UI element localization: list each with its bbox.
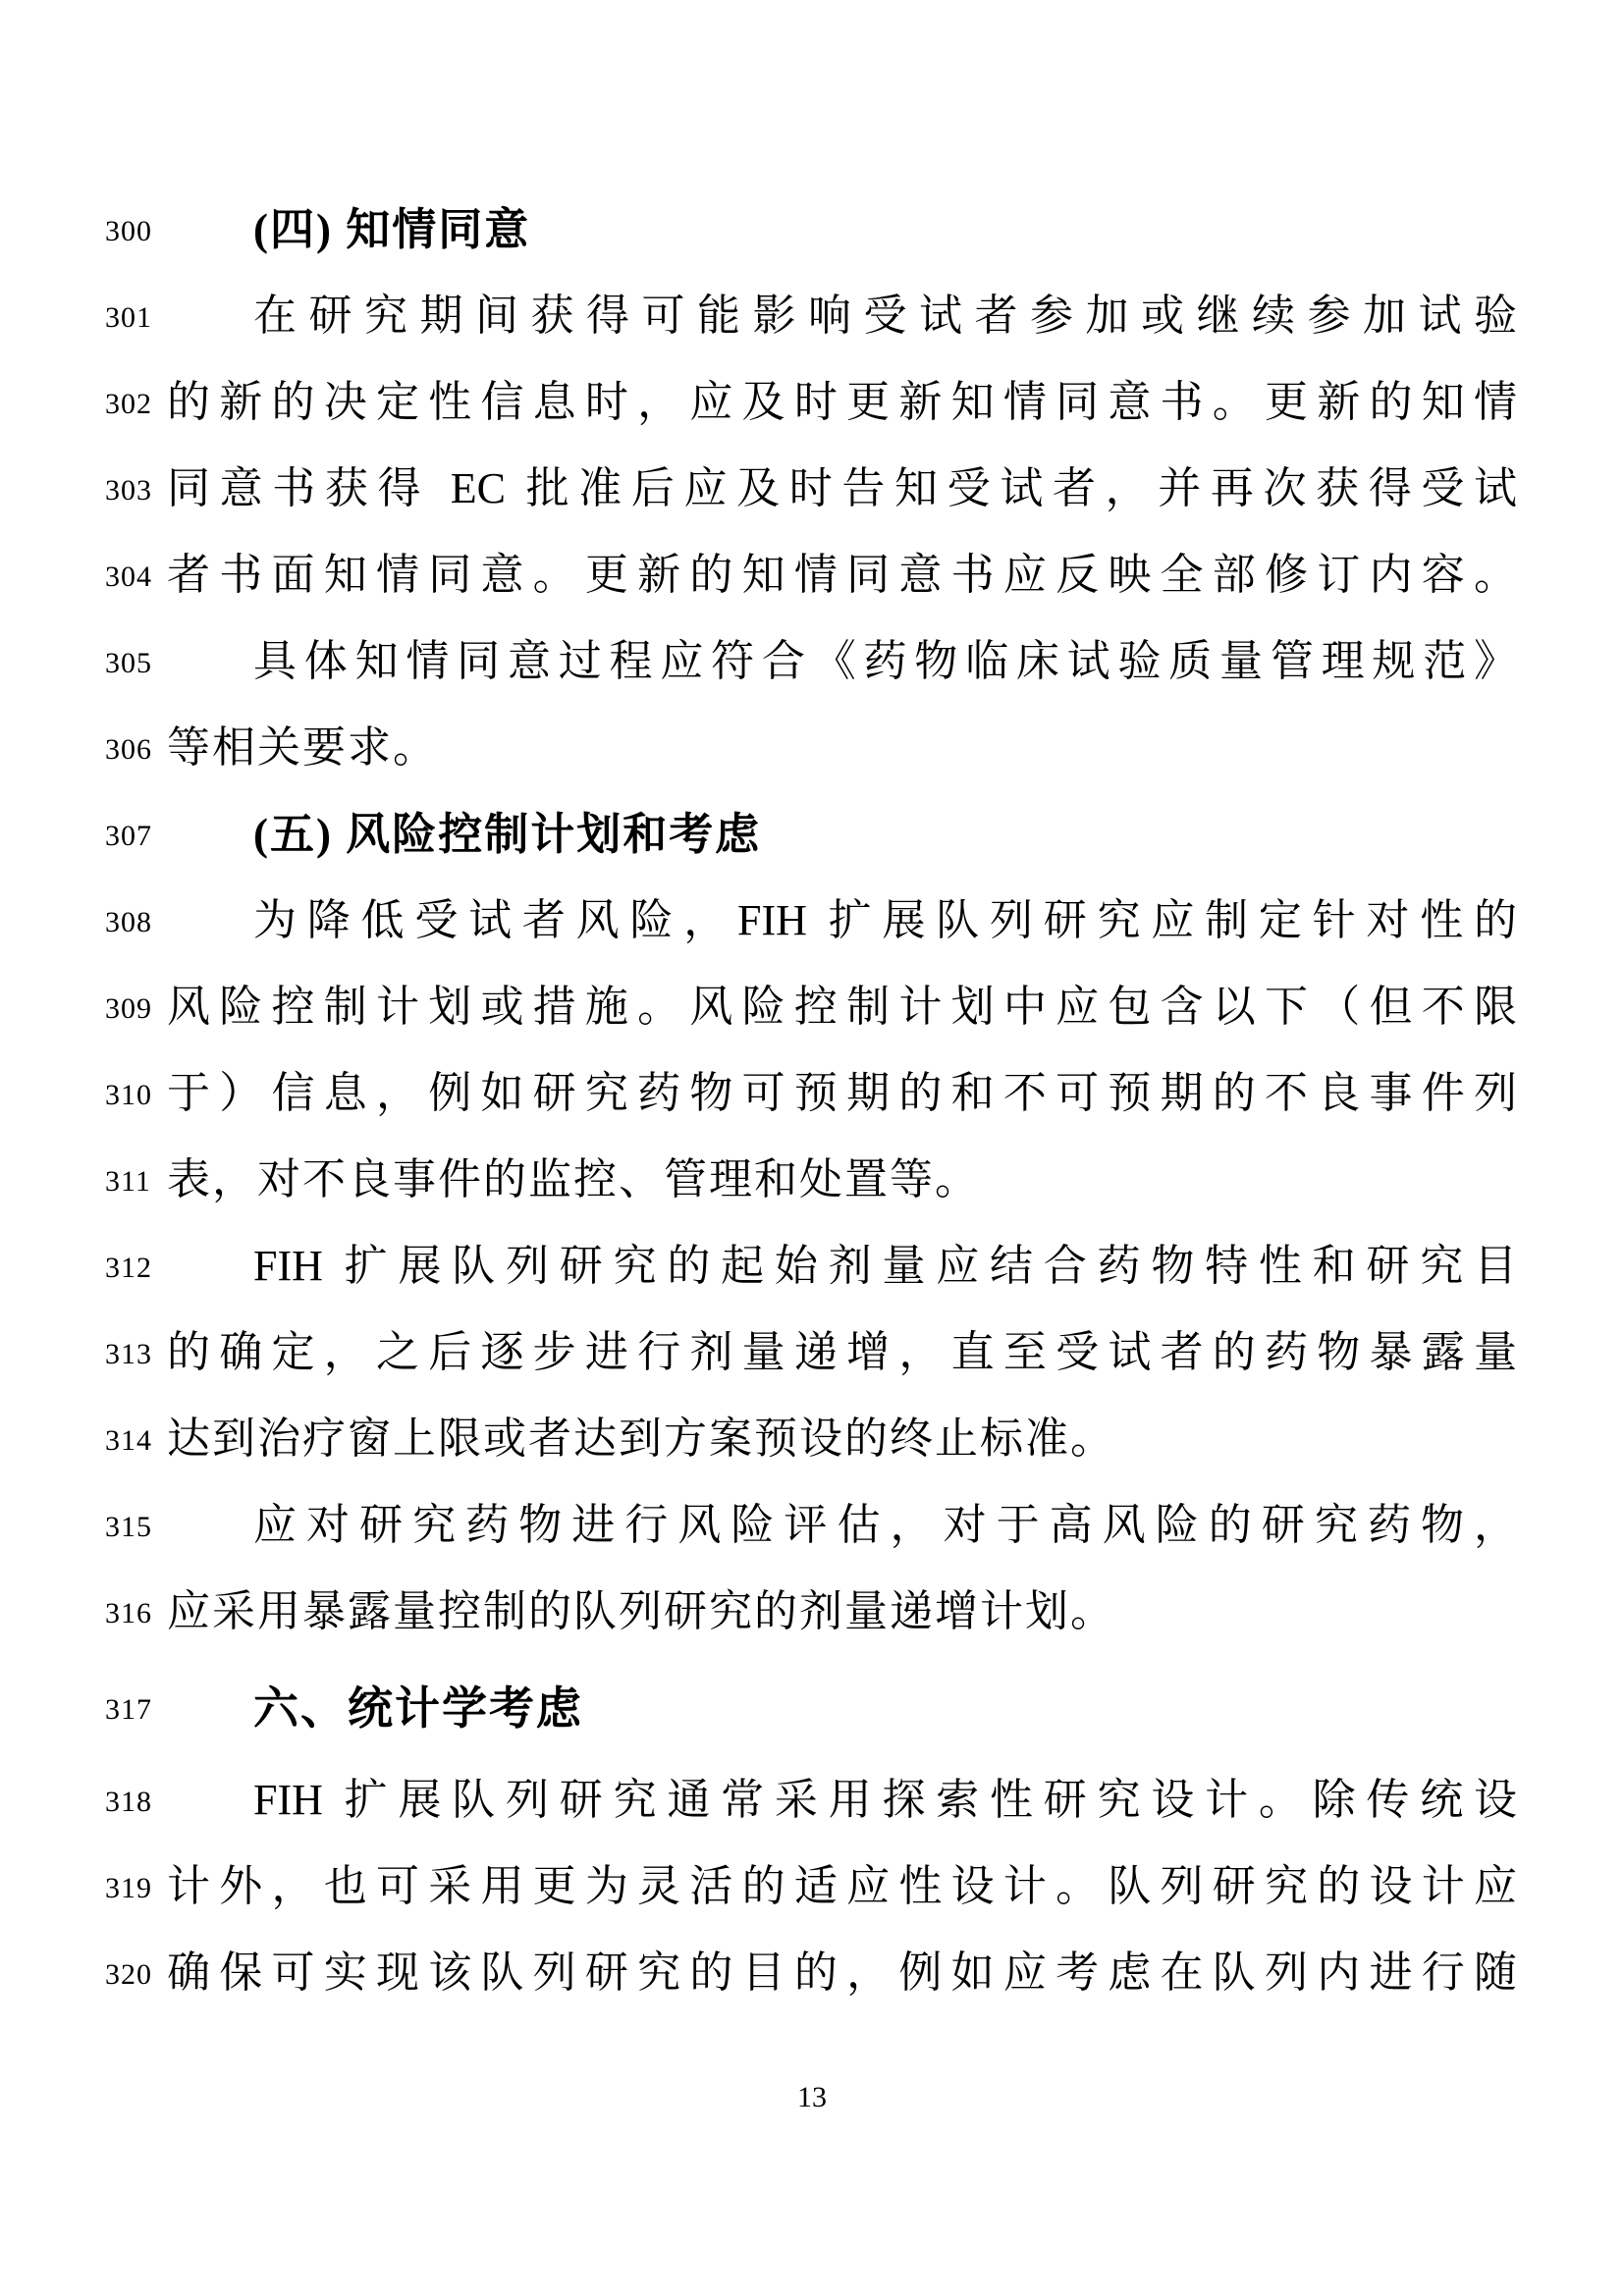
line: 310 于）信息，例如研究药物可预期的和不可预期的不良事件列 [105,1050,1517,1137]
line: 314 达到治疗窗上限或者达到方案预设的终止标准。 [105,1396,1517,1482]
line-number: 313 [105,1309,167,1396]
line: 313 的确定，之后逐步进行剂量递增，直至受试者的药物暴露量 [105,1309,1517,1396]
line-text: 计外，也可采用更为灵活的适应性设计。队列研究的设计应 [167,1843,1517,1930]
line: 305 具体知情同意过程应符合《药物临床试验质量管理规范》 [105,618,1517,705]
line: 302 的新的决定性信息时，应及时更新知情同意书。更新的知情 [105,359,1517,446]
line-text: 的新的决定性信息时，应及时更新知情同意书。更新的知情 [167,359,1517,446]
line-text: 达到治疗窗上限或者达到方案预设的终止标准。 [167,1396,1517,1482]
line: 316 应采用暴露量控制的队列研究的剂量递增计划。 [105,1569,1517,1655]
line-number: 320 [105,1930,167,2016]
line-text: 的确定，之后逐步进行剂量递增，直至受试者的药物暴露量 [167,1309,1517,1396]
line: 318 FIH 扩展队列研究通常采用探索性研究设计。除传统设 [105,1757,1517,1843]
line-text: 具体知情同意过程应符合《药物临床试验质量管理规范》 [167,618,1517,705]
line: 309 风险控制计划或措施。风险控制计划中应包含以下（但不限 [105,964,1517,1050]
line-text: 者书面知情同意。更新的知情同意书应反映全部修订内容。 [167,532,1517,618]
line: 319 计外，也可采用更为灵活的适应性设计。队列研究的设计应 [105,1843,1517,1930]
line-number: 311 [105,1137,167,1223]
line-text: 应采用暴露量控制的队列研究的剂量递增计划。 [167,1569,1517,1655]
page-number: 13 [797,2081,827,2113]
line-number: 309 [105,964,167,1050]
line-number: 305 [105,618,167,705]
line-text: FIH 扩展队列研究的起始剂量应结合药物特性和研究目 [167,1223,1517,1309]
line: 311 表，对不良事件的监控、管理和处置等。 [105,1137,1517,1223]
line-text: 表，对不良事件的监控、管理和处置等。 [167,1137,1517,1223]
line-number: 301 [105,273,167,359]
line-number: 304 [105,532,167,618]
line-number: 312 [105,1223,167,1309]
document-page: 300 (四) 知情同意 301 在研究期间获得可能影响受试者参加或继续参加试验… [0,0,1624,2296]
line: 308 为降低受试者风险，FIH 扩展队列研究应制定针对性的 [105,878,1517,964]
line-number: 310 [105,1050,167,1137]
line-number: 315 [105,1482,167,1569]
line-text: 风险控制计划或措施。风险控制计划中应包含以下（但不限 [167,964,1517,1050]
line: 320 确保可实现该队列研究的目的，例如应考虑在队列内进行随 [105,1930,1517,2016]
line-text: 同意书获得 EC 批准后应及时告知受试者，并再次获得受试 [167,446,1517,532]
line-text: 为降低受试者风险，FIH 扩展队列研究应制定针对性的 [167,878,1517,964]
section-heading: (五) 风险控制计划和考虑 [167,791,1517,878]
line-text: 等相关要求。 [167,705,1517,791]
line-number: 300 [105,187,167,273]
line: 306 等相关要求。 [105,705,1517,791]
section-heading: (四) 知情同意 [167,187,1517,273]
line-number: 303 [105,446,167,532]
line-number: 302 [105,359,167,446]
line: 300 (四) 知情同意 [105,187,1517,273]
line: 301 在研究期间获得可能影响受试者参加或继续参加试验 [105,273,1517,359]
line: 303 同意书获得 EC 批准后应及时告知受试者，并再次获得受试 [105,446,1517,532]
line-number: 317 [105,1665,167,1751]
line-number: 319 [105,1843,167,1930]
line-number: 316 [105,1569,167,1655]
line-text: 在研究期间获得可能影响受试者参加或继续参加试验 [167,273,1517,359]
line-number: 314 [105,1396,167,1482]
line-number: 318 [105,1757,167,1843]
line: 307 (五) 风险控制计划和考虑 [105,791,1517,878]
line: 315 应对研究药物进行风险评估，对于高风险的研究药物， [105,1482,1517,1569]
line-text: 于）信息，例如研究药物可预期的和不可预期的不良事件列 [167,1050,1517,1137]
line: 312 FIH 扩展队列研究的起始剂量应结合药物特性和研究目 [105,1223,1517,1309]
line-number: 306 [105,705,167,791]
line-text: 确保可实现该队列研究的目的，例如应考虑在队列内进行随 [167,1930,1517,2016]
section-heading: 六、统计学考虑 [167,1665,1517,1751]
line: 304 者书面知情同意。更新的知情同意书应反映全部修订内容。 [105,532,1517,618]
line-number: 307 [105,791,167,878]
line-number: 308 [105,878,167,964]
page-footer: 13 [0,2081,1624,2114]
line: 317 六、统计学考虑 [105,1665,1517,1751]
line-text: 应对研究药物进行风险评估，对于高风险的研究药物， [167,1482,1517,1569]
line-text: FIH 扩展队列研究通常采用探索性研究设计。除传统设 [167,1757,1517,1843]
